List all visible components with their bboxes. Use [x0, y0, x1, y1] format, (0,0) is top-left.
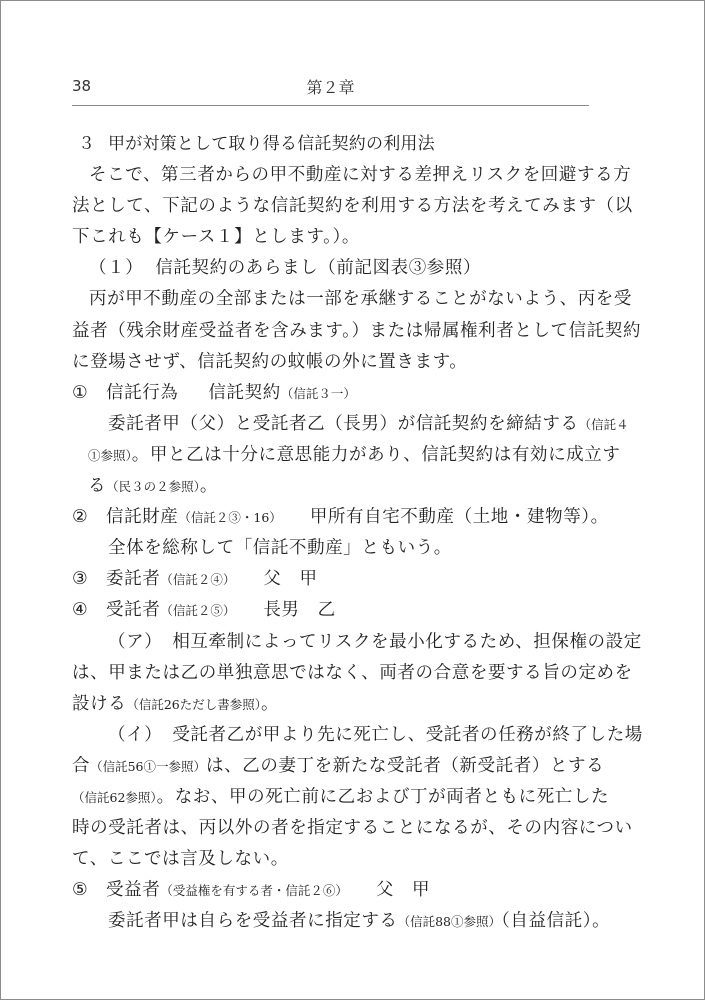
note-text: 。なお、甲の死亡前に乙および丁が両者ともに死亡した: [157, 787, 610, 807]
legal-reference: （信託56①一参照）: [90, 759, 206, 774]
note-line: 時の受託者は、丙以外の者を指定することになるが、その内容につい: [72, 813, 592, 844]
paragraph-line: 益者（残余財産受益者を含みます。）または帰属権利者として信託契約: [72, 316, 592, 347]
item-ref: （受益権を有する者・信託２⑥）: [160, 883, 348, 898]
item-term: 委託者: [106, 569, 160, 589]
section-number: ３: [72, 129, 108, 160]
description-text: 委託者甲は自らを受益者に指定する: [108, 911, 398, 931]
description-text: る: [88, 476, 106, 496]
page-header: 38 第２章: [72, 73, 589, 106]
list-item: ①信託行為信託契約（信託３一）: [72, 378, 592, 409]
item-value-ref: （信託３一）: [281, 386, 356, 401]
subsection-heading: （１）信託契約のあらまし（前記図表③参照）: [72, 253, 592, 284]
paragraph-line: に登場させず、信託契約の蚊帳の外に置きます。: [72, 347, 592, 378]
note-line: （イ）受託者乙が甲より先に死亡し、受託者の任務が終了した場: [72, 720, 592, 751]
note-label: （ア）: [108, 632, 162, 652]
item-term: 信託財産: [106, 507, 178, 527]
subsection-title: 信託契約のあらまし（前記図表③参照）: [155, 258, 481, 278]
item-number: ③: [72, 564, 106, 595]
page-body: ３甲が対策として取り得る信託契約の利用法 そこで、第三者からの甲不動産に対する差…: [72, 129, 592, 937]
note-text: 設ける: [72, 694, 126, 714]
legal-reference: （信託26ただし書参照）: [126, 697, 261, 712]
document-page: 38 第２章 ３甲が対策として取り得る信託契約の利用法 そこで、第三者からの甲不…: [0, 0, 705, 1000]
list-item: ④受託者（信託２⑤）長男 乙: [72, 595, 592, 626]
item-ref: （信託２⑤）: [160, 603, 235, 618]
description-text: 。: [200, 476, 218, 496]
paragraph-line: 丙が甲不動産の全部または一部を承継することがないよう、丙を受: [72, 284, 592, 315]
note-line: （ア）相互牽制によってリスクを最小化するため、担保権の設定: [72, 627, 592, 658]
item-term: 信託行為: [106, 383, 178, 403]
item-number: ①: [72, 378, 106, 409]
legal-reference: （信託88①参照）: [398, 914, 501, 929]
chapter-title: 第２章: [72, 75, 589, 98]
list-item: ⑤受益者（受益権を有する者・信託２⑥）父 甲: [72, 875, 592, 906]
legal-reference: （信託62参照）: [72, 790, 157, 805]
item-term: 受託者: [106, 600, 160, 620]
list-item: ②信託財産（信託２③・16）甲所有自宅不動産（土地・建物等）。: [72, 502, 592, 533]
description-text: （自益信託）。: [501, 911, 610, 931]
item-value: 甲所有自宅不動産（土地・建物等）。: [310, 507, 609, 527]
item-number: ⑤: [72, 875, 106, 906]
note-line: 合（信託56①一参照）は、乙の妻丁を新たな受託者（新受託者）とする: [72, 751, 592, 782]
item-ref: （信託２③・16）: [178, 510, 281, 525]
note-text: 。: [261, 694, 279, 714]
item-description: ①参照）。甲と乙は十分に意思能力があり、信託契約は有効に成立す: [72, 440, 592, 471]
paragraph-line: 法として、下記のような信託契約を利用する方法を考えてみます（以: [72, 191, 592, 222]
item-value: 信託契約: [208, 383, 280, 403]
note-line: は、甲または乙の単独意思ではなく、両者の合意を要する旨の定めを: [72, 658, 592, 689]
legal-reference: （信託４: [579, 417, 629, 432]
description-text: 。甲と乙は十分に意思能力があり、信託契約は有効に成立す: [132, 445, 621, 465]
item-description: 委託者甲は自らを受益者に指定する（信託88①参照）（自益信託）。: [72, 906, 592, 937]
legal-reference: ①参照）: [88, 448, 132, 463]
note-text: 合: [72, 756, 90, 776]
legal-reference: （民３の２参照）: [106, 479, 200, 494]
item-description: る（民３の２参照）。: [72, 471, 592, 502]
note-line: （信託62参照）。なお、甲の死亡前に乙および丁が両者ともに死亡した: [72, 782, 592, 813]
note-text: は、乙の妻丁を新たな受託者（新受託者）とする: [206, 756, 604, 776]
note-line: て、ここでは言及しない。: [72, 844, 592, 875]
item-description: 全体を総称して「信託不動産」ともいう。: [72, 533, 592, 564]
list-item: ③委託者（信託２④）父 甲: [72, 564, 592, 595]
item-number: ②: [72, 502, 106, 533]
note-label: （イ）: [108, 725, 162, 745]
item-value: 長男 乙: [263, 600, 335, 620]
note-text: 受託者乙が甲より先に死亡し、受託者の任務が終了した場: [172, 725, 643, 745]
note-text: 相互牽制によってリスクを最小化するため、担保権の設定: [172, 632, 642, 652]
item-number: ④: [72, 595, 106, 626]
note-line: 設ける（信託26ただし書参照）。: [72, 689, 592, 720]
item-value: 父 甲: [263, 569, 317, 589]
item-description: 委託者甲（父）と受託者乙（長男）が信託契約を締結する（信託４: [72, 409, 592, 440]
paragraph-line: 下これも【ケース１】とします。）。: [72, 222, 592, 253]
item-ref: （信託２④）: [160, 572, 235, 587]
paragraph-line: そこで、第三者からの甲不動産に対する差押えリスクを回避する方: [72, 160, 592, 191]
item-value: 父 甲: [376, 880, 430, 900]
section-heading: ３甲が対策として取り得る信託契約の利用法: [72, 129, 592, 160]
section-title: 甲が対策として取り得る信託契約の利用法: [108, 134, 435, 154]
description-text: 委託者甲（父）と受託者乙（長男）が信託契約を締結する: [108, 414, 579, 434]
item-term: 受益者: [106, 880, 160, 900]
subsection-label: （１）: [89, 258, 143, 278]
